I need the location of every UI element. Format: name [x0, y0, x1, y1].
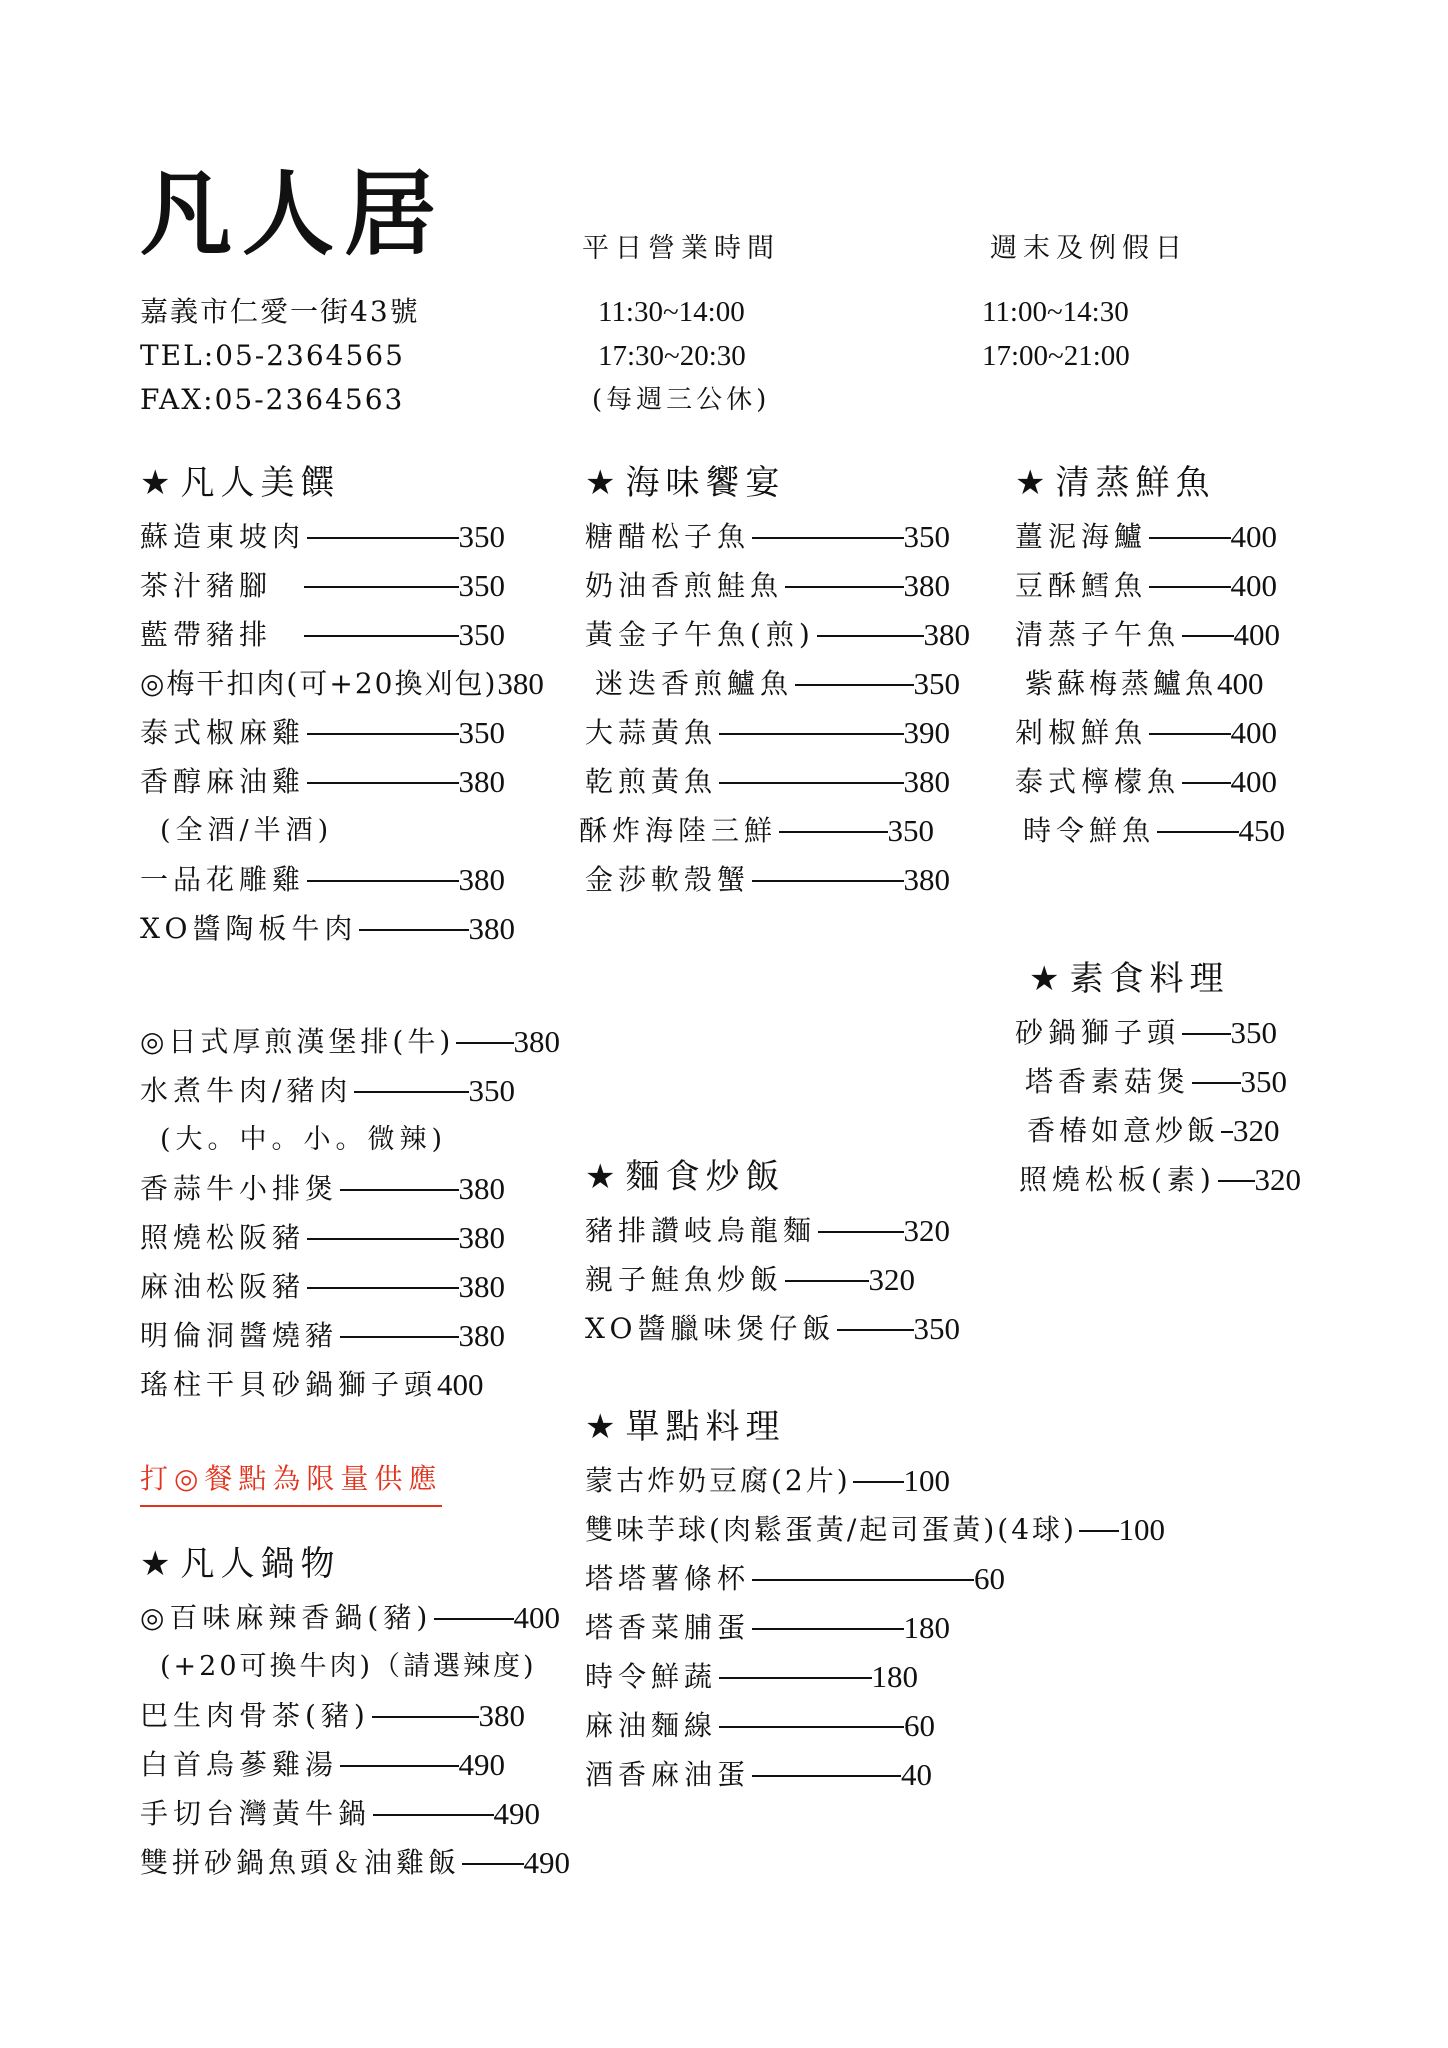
menu-item-name: 瑤柱干貝砂鍋獅子頭 [140, 1360, 437, 1409]
leader-line [434, 1618, 513, 1620]
weekend-hours-dinner: 17:00~21:00 [982, 334, 1130, 378]
menu-item: 迷迭香煎鱸魚350 [585, 659, 960, 708]
leader-line [340, 1189, 458, 1191]
menu-item-name: 茶汁豬腳 [140, 561, 272, 610]
leader-line [372, 1716, 479, 1718]
menu-item-name: 薑泥海鱸 [1015, 512, 1147, 561]
menu-item-name: 時令鮮蔬 [585, 1652, 717, 1701]
menu-item-price: 450 [1239, 806, 1286, 855]
menu-item: 酥炸海陸三鮮350 [579, 806, 934, 855]
menu-item-name: ◎梅干扣肉(可+20換刈包) [140, 659, 497, 708]
leader-line [1157, 831, 1238, 833]
menu-item-price: 490 [524, 1838, 571, 1887]
star-icon: ★ [140, 1544, 176, 1584]
leader-line [853, 1481, 904, 1483]
menu-item-name: 塔香菜脯蛋 [585, 1603, 750, 1652]
column-left-continued: ◎日式厚煎漢堡排(牛)380 水煮牛肉/豬肉350 (大。中。小。微辣) 香蒜牛… [140, 1017, 580, 1887]
menu-item-price: 350 [459, 561, 506, 610]
menu-item-name: 蘇造東坡肉 [140, 512, 305, 561]
menu-item-name: 香蒜牛小排煲 [140, 1164, 338, 1213]
menu-item: 照燒松阪豬380 [140, 1213, 505, 1262]
menu-item-price: 400 [1217, 659, 1264, 708]
menu-item-name: 巴生肉骨茶(豬) [140, 1691, 370, 1740]
menu-item: 藍帶豬排350 [140, 610, 505, 659]
menu-item-name: 酒香麻油蛋 [585, 1750, 750, 1799]
menu-item: 白首烏蔘雞湯490 [140, 1740, 505, 1789]
menu-item-name: 雙拼砂鍋魚頭＆油雞飯 [140, 1838, 460, 1887]
star-icon: ★ [1029, 959, 1065, 999]
menu-item-name: 照燒松板(素) [1019, 1155, 1216, 1204]
menu-list-fanren-meizhuan: 蘇造東坡肉350 茶汁豬腳350 藍帶豬排350 ◎梅干扣肉(可+20換刈包)3… [140, 512, 505, 953]
leader-line [785, 1280, 868, 1282]
menu-item: 蘇造東坡肉350 [140, 512, 505, 561]
star-icon: ★ [140, 463, 176, 503]
leader-line [307, 1238, 458, 1240]
menu-item-price: 60 [904, 1701, 935, 1750]
menu-item-price: 350 [459, 610, 506, 659]
menu-item-note: (全酒/半酒) [140, 806, 505, 855]
menu-item-name: 乾煎黃魚 [585, 757, 717, 806]
leader-line [1182, 635, 1233, 637]
section-title-fanren-hotpot: ★凡人鍋物 [140, 1547, 580, 1581]
menu-item-price: 380 [469, 904, 516, 953]
menu-item: XO醬臘味煲仔飯350 [585, 1304, 960, 1353]
menu-item-name: 時令鮮魚 [1023, 806, 1155, 855]
menu-item-name: 剁椒鮮魚 [1015, 708, 1147, 757]
menu-item-price: 350 [1241, 1057, 1288, 1106]
column-middle: ★海味饗宴 糖醋松子魚350 奶油香煎鮭魚380 黃金子午魚(煎)380 迷迭香… [585, 466, 1005, 904]
menu-item-name: XO醬陶板牛肉 [140, 904, 357, 953]
menu-item-name: 麻油麵線 [585, 1701, 717, 1750]
menu-item-price: 400 [1234, 610, 1281, 659]
menu-item: 雙拼砂鍋魚頭＆油雞飯490 [140, 1838, 570, 1887]
menu-item: 照燒松板(素)320 [1015, 1155, 1301, 1204]
leader-line [752, 1579, 974, 1581]
section-title-noodles-rice: ★麵食炒飯 [585, 1160, 1005, 1194]
menu-item-price: 60 [974, 1554, 1005, 1603]
menu-item-name: ◎日式厚煎漢堡排(牛) [140, 1017, 454, 1066]
menu-item-price: 180 [904, 1603, 951, 1652]
menu-item-name: 親子鮭魚炒飯 [585, 1255, 783, 1304]
menu-item: ◎梅干扣肉(可+20換刈包)380 [140, 659, 580, 708]
menu-item: 巴生肉骨茶(豬)380 [140, 1691, 525, 1740]
weekday-hours: 11:30~14:00 17:30~20:30 (每週三公休) [598, 290, 770, 422]
menu-item: 塔香素菇煲350 [1015, 1057, 1287, 1106]
menu-item: 香醇麻油雞380 [140, 757, 505, 806]
star-icon: ★ [1015, 463, 1051, 503]
leader-line [1182, 1033, 1230, 1035]
weekday-hours-lunch: 11:30~14:00 [598, 290, 770, 334]
weekend-hours: 11:00~14:30 17:00~21:00 [982, 290, 1130, 378]
leader-line [1182, 782, 1230, 784]
menu-item-name: 水煮牛肉/豬肉 [140, 1066, 352, 1115]
menu-item-price: 380 [497, 659, 544, 708]
menu-item-price: 320 [869, 1255, 916, 1304]
menu-item-name: 迷迭香煎鱸魚 [595, 659, 793, 708]
menu-item-price: 380 [479, 1691, 526, 1740]
menu-item: 泰式檸檬魚400 [1015, 757, 1277, 806]
menu-item: 泰式椒麻雞350 [140, 708, 505, 757]
menu-item-name: 酥炸海陸三鮮 [579, 806, 777, 855]
menu-item: 豬排讚岐烏龍麵320 [585, 1206, 950, 1255]
menu-item: 大蒜黃魚390 [585, 708, 950, 757]
menu-item: 黃金子午魚(煎)380 [585, 610, 970, 659]
menu-item-price: 40 [901, 1750, 932, 1799]
menu-item-name: 手切台灣黃牛鍋 [140, 1789, 371, 1838]
menu-item-name: 麻油松阪豬 [140, 1262, 305, 1311]
leader-line [1192, 1082, 1240, 1084]
leader-line [719, 733, 903, 735]
section-title-seafood: ★海味饗宴 [585, 466, 1005, 500]
menu-item-name: 藍帶豬排 [140, 610, 272, 659]
menu-item-price: 380 [904, 757, 951, 806]
leader-line [1218, 1180, 1255, 1182]
menu-item-note: (大。中。小。微辣) [140, 1115, 580, 1164]
phone-number[interactable]: TEL:05-2364565 [140, 334, 420, 378]
menu-item-name: 紫蘇梅蒸鱸魚 [1025, 659, 1217, 708]
leader-line [307, 537, 458, 539]
menu-item: 豆酥鱈魚400 [1015, 561, 1277, 610]
leader-line [359, 929, 468, 931]
menu-item: 酒香麻油蛋40 [585, 1750, 932, 1799]
leader-line [307, 733, 458, 735]
menu-item-price: 350 [469, 1066, 516, 1115]
menu-item-name: 塔香素菇煲 [1025, 1057, 1190, 1106]
menu-item-name: 泰式檸檬魚 [1015, 757, 1180, 806]
menu-item-price: 320 [904, 1206, 951, 1255]
menu-item: XO醬陶板牛肉380 [140, 904, 515, 953]
menu-item-price: 380 [459, 1164, 506, 1213]
menu-item: 一品花雕雞380 [140, 855, 505, 904]
menu-item: ◎百味麻辣香鍋(豬)400 [140, 1593, 560, 1642]
leader-line [719, 1726, 904, 1728]
menu-item: 剁椒鮮魚400 [1015, 708, 1277, 757]
address: 嘉義市仁愛一街43號 [140, 290, 420, 334]
leader-line [462, 1863, 523, 1865]
menu-item: 時令鮮魚450 [1015, 806, 1285, 855]
menu-item-name: 糖醋松子魚 [585, 512, 750, 561]
menu-item-price: 400 [1231, 561, 1278, 610]
menu-item-name: 清蒸子午魚 [1015, 610, 1180, 659]
menu-item: 砂鍋獅子頭350 [1015, 1008, 1277, 1057]
star-icon: ★ [585, 463, 621, 503]
leader-line [354, 1091, 468, 1093]
column-middle-a-la-carte: ★單點料理 蒙古炸奶豆腐(2片)100 雙味芋球(肉鬆蛋黃/起司蛋黃)(4球)1… [585, 1410, 1185, 1799]
menu-item-price: 350 [888, 806, 935, 855]
column-right-vegetarian: ★素食料理 砂鍋獅子頭350 塔香素菇煲350 香椿如意炒飯320 照燒松板(素… [1015, 962, 1335, 1204]
menu-item-price: 400 [1231, 757, 1278, 806]
leader-line [1079, 1530, 1119, 1532]
menu-item-price: 380 [459, 855, 506, 904]
restaurant-name: 凡人居 [140, 168, 446, 260]
menu-item-price: 390 [904, 708, 951, 757]
menu-item-name: 黃金子午魚(煎) [585, 610, 815, 659]
menu-item-name: 大蒜黃魚 [585, 708, 717, 757]
leader-line [373, 1814, 493, 1816]
leader-line [307, 880, 458, 882]
menu-item: 香蒜牛小排煲380 [140, 1164, 505, 1213]
leader-line [1149, 537, 1230, 539]
menu-item-price: 400 [1231, 512, 1278, 561]
menu-item: 奶油香煎鮭魚380 [585, 561, 950, 610]
section-title-a-la-carte: ★單點料理 [585, 1410, 1185, 1444]
menu-item-price: 350 [1231, 1008, 1278, 1057]
menu-item: ◎日式厚煎漢堡排(牛)380 [140, 1017, 560, 1066]
leader-line [304, 635, 458, 637]
menu-item-name: 豬排讚岐烏龍麵 [585, 1206, 816, 1255]
menu-item: 紫蘇梅蒸鱸魚400 [1015, 659, 1297, 708]
section-title-vegetarian: ★素食料理 [1015, 962, 1335, 996]
menu-item-name: ◎百味麻辣香鍋(豬) [140, 1593, 432, 1642]
menu-item-price: 100 [1119, 1505, 1166, 1554]
menu-item: 乾煎黃魚380 [585, 757, 950, 806]
menu-item-price: 400 [514, 1593, 561, 1642]
column-right: ★清蒸鮮魚 薑泥海鱸400 豆酥鱈魚400 清蒸子午魚400 紫蘇梅蒸鱸魚400… [1015, 466, 1315, 855]
menu-item: 時令鮮蔬180 [585, 1652, 918, 1701]
menu-item-name: 塔塔薯條杯 [585, 1554, 750, 1603]
menu-item-name: 照燒松阪豬 [140, 1213, 305, 1262]
weekend-hours-label: 週末及例假日 [990, 226, 1188, 265]
menu-item: 麻油麵線60 [585, 1701, 935, 1750]
menu-item-name: 金莎軟殼蟹 [585, 855, 750, 904]
menu-item-price: 320 [1255, 1155, 1302, 1204]
menu-item-price: 350 [459, 708, 506, 757]
menu-item-name: XO醬臘味煲仔飯 [585, 1304, 835, 1353]
menu-item: 薑泥海鱸400 [1015, 512, 1277, 561]
menu-item-price: 380 [459, 1262, 506, 1311]
section-title-fanren-meizhuan: ★凡人美饌 [140, 466, 580, 500]
leader-line [785, 586, 903, 588]
menu-item-price: 380 [459, 1213, 506, 1262]
leader-line [307, 1287, 458, 1289]
contact-block: 嘉義市仁愛一街43號 TEL:05-2364565 FAX:05-2364563 [140, 290, 420, 422]
leader-line [307, 782, 458, 784]
leader-line [817, 635, 924, 637]
menu-item-price: 350 [914, 1304, 961, 1353]
menu-item-name: 奶油香煎鮭魚 [585, 561, 783, 610]
menu-item-price: 350 [459, 512, 506, 561]
section-title-steamed-fish: ★清蒸鮮魚 [1015, 466, 1315, 500]
menu-item: 清蒸子午魚400 [1015, 610, 1280, 659]
menu-item-price: 320 [1233, 1106, 1280, 1155]
leader-line [752, 880, 903, 882]
menu-item-note: (+20可換牛肉)（請選辣度) [140, 1642, 580, 1691]
leader-line [340, 1765, 458, 1767]
limited-supply-note: 打◎餐點為限量供應 [140, 1457, 442, 1507]
menu-item: 水煮牛肉/豬肉350 [140, 1066, 515, 1115]
menu-item-price: 380 [514, 1017, 561, 1066]
leader-line [340, 1336, 458, 1338]
leader-line [1149, 733, 1230, 735]
menu-item-price: 380 [904, 561, 951, 610]
menu-item-name: 一品花雕雞 [140, 855, 305, 904]
menu-item-price: 490 [459, 1740, 506, 1789]
fax-number: FAX:05-2364563 [140, 378, 420, 422]
menu-item: 糖醋松子魚350 [585, 512, 950, 561]
menu-item-name: 白首烏蔘雞湯 [140, 1740, 338, 1789]
column-left: ★凡人美饌 蘇造東坡肉350 茶汁豬腳350 藍帶豬排350 ◎梅干扣肉(可+2… [140, 466, 580, 953]
menu-item-name: 香椿如意炒飯 [1027, 1106, 1219, 1155]
menu-item-price: 180 [872, 1652, 919, 1701]
leader-line [719, 782, 903, 784]
menu-item-price: 380 [904, 855, 951, 904]
menu-item-name: 泰式椒麻雞 [140, 708, 305, 757]
menu-item-price: 350 [914, 659, 961, 708]
weekday-closed-note: (每週三公休) [592, 378, 770, 422]
star-icon: ★ [585, 1407, 621, 1447]
leader-line [1149, 586, 1230, 588]
menu-item-name: 香醇麻油雞 [140, 757, 305, 806]
weekday-hours-dinner: 17:30~20:30 [598, 334, 770, 378]
leader-line [837, 1329, 913, 1331]
menu-item: 親子鮭魚炒飯320 [585, 1255, 915, 1304]
weekend-hours-lunch: 11:00~14:30 [982, 290, 1130, 334]
menu-item: 麻油松阪豬380 [140, 1262, 505, 1311]
star-icon: ★ [585, 1157, 621, 1197]
leader-line [779, 831, 887, 833]
menu-item-price: 400 [1231, 708, 1278, 757]
leader-line [818, 1231, 903, 1233]
menu-item-price: 380 [459, 1311, 506, 1360]
menu-item: 明倫洞醬燒豬380 [140, 1311, 505, 1360]
leader-line [795, 684, 913, 686]
leader-line [752, 1775, 901, 1777]
menu-item-name: 雙味芋球(肉鬆蛋黃/起司蛋黃)(4球) [585, 1505, 1077, 1554]
menu-item-price: 350 [904, 512, 951, 561]
menu-item-name: 蒙古炸奶豆腐(2片) [585, 1456, 851, 1505]
leader-line [456, 1042, 513, 1044]
column-middle-noodles: ★麵食炒飯 豬排讚岐烏龍麵320 親子鮭魚炒飯320 XO醬臘味煲仔飯350 [585, 1160, 1005, 1353]
menu-item-price: 490 [494, 1789, 541, 1838]
menu-item: 金莎軟殼蟹380 [585, 855, 950, 904]
menu-item-name: 明倫洞醬燒豬 [140, 1311, 338, 1360]
leader-line [752, 537, 903, 539]
menu-item-name: 豆酥鱈魚 [1015, 561, 1147, 610]
menu-item: 瑤柱干貝砂鍋獅子頭400 [140, 1360, 505, 1409]
menu-item-price: 400 [437, 1360, 484, 1409]
menu-item-price: 380 [459, 757, 506, 806]
menu-item-name: 砂鍋獅子頭 [1015, 1008, 1180, 1057]
menu-item-price: 100 [904, 1456, 951, 1505]
leader-line [752, 1628, 903, 1630]
leader-line [719, 1677, 871, 1679]
menu-item: 塔塔薯條杯60 [585, 1554, 1005, 1603]
menu-item: 香椿如意炒飯320 [1015, 1106, 1314, 1155]
menu-item-price: 380 [924, 610, 971, 659]
weekday-hours-label: 平日營業時間 [582, 226, 780, 265]
menu-item: 茶汁豬腳350 [140, 561, 505, 610]
menu-item: 雙味芋球(肉鬆蛋黃/起司蛋黃)(4球)100 [585, 1505, 1165, 1554]
menu-item: 塔香菜脯蛋180 [585, 1603, 950, 1652]
menu-item: 蒙古炸奶豆腐(2片)100 [585, 1456, 950, 1505]
leader-line [1221, 1131, 1233, 1133]
menu-item: 手切台灣黃牛鍋490 [140, 1789, 540, 1838]
leader-line [304, 586, 458, 588]
